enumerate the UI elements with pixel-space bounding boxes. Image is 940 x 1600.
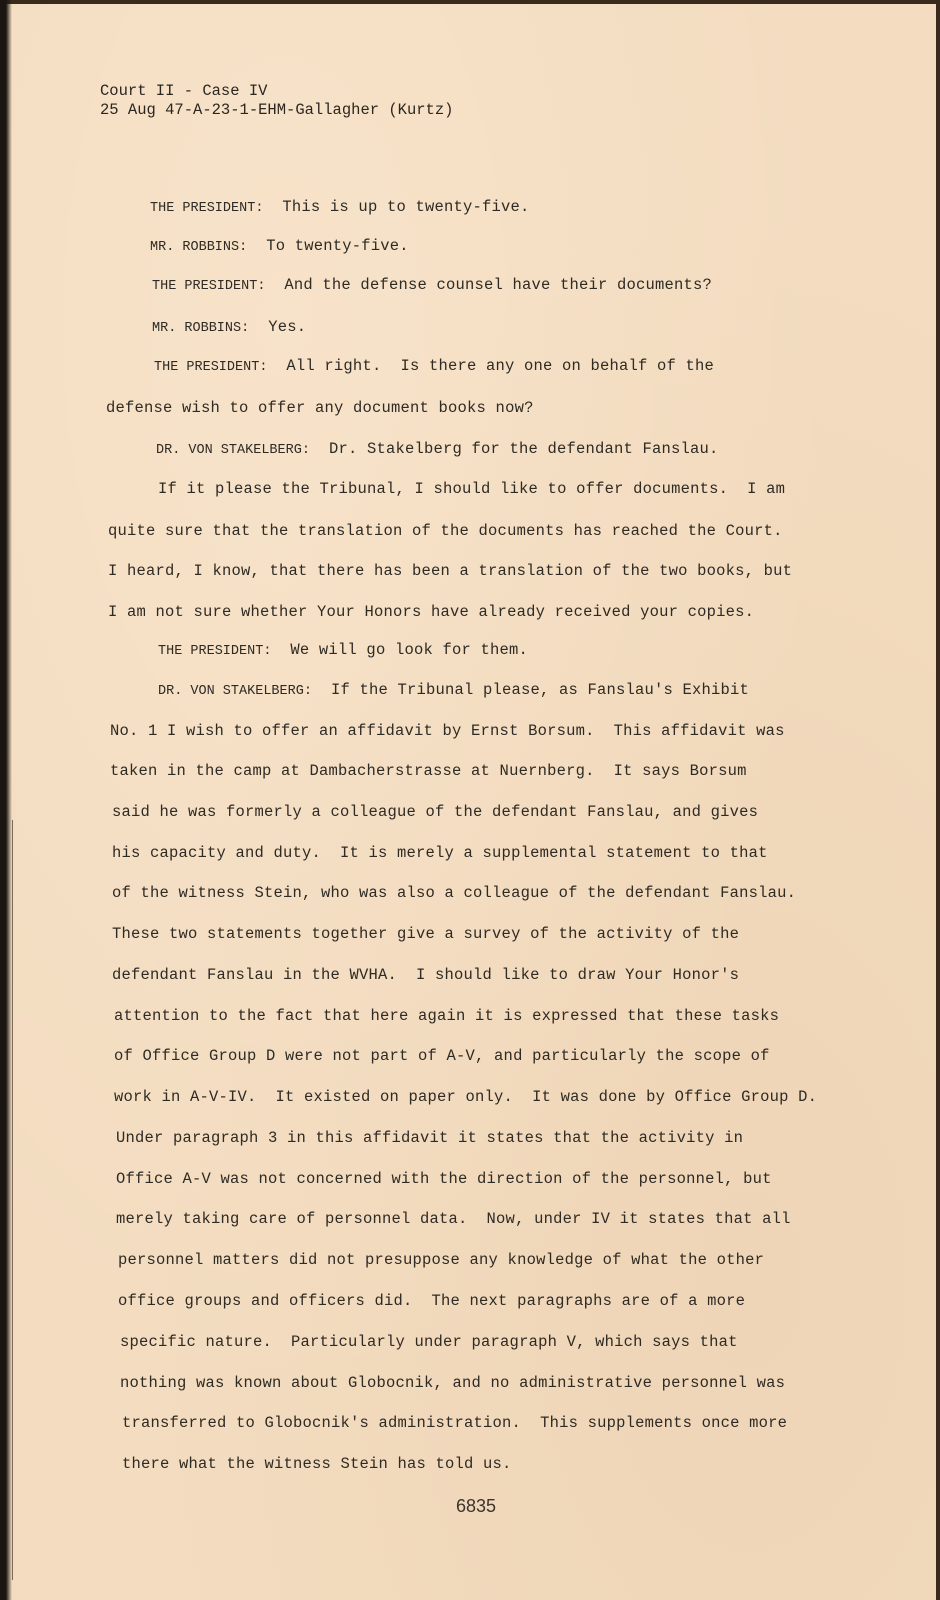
torn-page-edge: [0, 0, 12, 1600]
line-text: To twenty-five.: [247, 237, 409, 255]
document-page: Court II - Case IV 25 Aug 47-A-23-1-EHM-…: [6, 4, 936, 1600]
line-text: attention to the fact that here again it…: [114, 1007, 779, 1025]
transcript-speaker-line: THE PRESIDENT: We will go look for them.: [158, 641, 528, 659]
line-text: These two statements together give a sur…: [112, 925, 739, 943]
transcript-speaker-line: THE PRESIDENT: All right. Is there any o…: [154, 357, 714, 375]
transcript-line: personnel matters did not presuppose any…: [118, 1251, 764, 1269]
transcript-line: If it please the Tribunal, I should like…: [158, 480, 785, 498]
speaker-name: MR. ROBBINS:: [150, 240, 247, 255]
line-text: specific nature. Particularly under para…: [120, 1333, 738, 1351]
line-text: merely taking care of personnel data. No…: [116, 1210, 791, 1228]
transcript-line: his capacity and duty. It is merely a su…: [112, 844, 768, 862]
transcript-line: said he was formerly a colleague of the …: [112, 803, 758, 821]
transcript-line: nothing was known about Globocnik, and n…: [120, 1374, 785, 1392]
line-text: And the defense counsel have their docum…: [265, 276, 712, 294]
line-text: office groups and officers did. The next…: [118, 1292, 745, 1310]
speaker-name: THE PRESIDENT:: [154, 360, 267, 375]
transcript-line: transferred to Globocnik's administratio…: [122, 1414, 787, 1432]
transcript-line: of Office Group D were not part of A-V, …: [114, 1047, 770, 1065]
transcript-line: office groups and officers did. The next…: [118, 1292, 745, 1310]
transcript-line: These two statements together give a sur…: [112, 925, 739, 943]
line-text: Under paragraph 3 in this affidavit it s…: [116, 1129, 743, 1147]
page-edge-crack: [12, 820, 16, 1580]
line-text: personnel matters did not presuppose any…: [118, 1251, 764, 1269]
line-text: nothing was known about Globocnik, and n…: [120, 1374, 785, 1392]
line-text: of Office Group D were not part of A-V, …: [114, 1047, 770, 1065]
line-text: said he was formerly a colleague of the …: [112, 803, 758, 821]
line-text: of the witness Stein, who was also a col…: [112, 884, 796, 902]
line-text: All right. Is there any one on behalf of…: [267, 357, 714, 375]
speaker-name: THE PRESIDENT:: [152, 279, 265, 294]
line-text: If it please the Tribunal, I should like…: [158, 480, 785, 498]
speaker-name: THE PRESIDENT:: [150, 201, 263, 216]
line-text: Dr. Stakelberg for the defendant Fanslau…: [310, 440, 719, 458]
line-text: his capacity and duty. It is merely a su…: [112, 844, 768, 862]
line-text: If the Tribunal please, as Fanslau's Exh…: [312, 681, 749, 699]
case-reference: Court II - Case IV: [100, 82, 453, 101]
line-text: I am not sure whether Your Honors have a…: [108, 603, 754, 621]
transcript-speaker-line: DR. VON STAKELBERG: If the Tribunal plea…: [158, 681, 749, 699]
transcript-line: merely taking care of personnel data. No…: [116, 1210, 791, 1228]
line-text: work in A-V-IV. It existed on paper only…: [114, 1088, 817, 1106]
transcript-line: defense wish to offer any document books…: [106, 399, 534, 417]
line-text: Yes.: [249, 318, 306, 336]
line-text: We will go look for them.: [271, 641, 528, 659]
transcript-line: defendant Fanslau in the WVHA. I should …: [112, 966, 739, 984]
line-text: taken in the camp at Dambacherstrasse at…: [110, 762, 747, 780]
line-text: This is up to twenty-five.: [263, 198, 529, 216]
speaker-name: DR. VON STAKELBERG:: [156, 443, 310, 458]
transcript-line: work in A-V-IV. It existed on paper only…: [114, 1088, 817, 1106]
transcript-line: of the witness Stein, who was also a col…: [112, 884, 796, 902]
transcript-speaker-line: MR. ROBBINS: To twenty-five.: [150, 237, 409, 255]
line-text: there what the witness Stein has told us…: [122, 1455, 512, 1473]
speaker-name: DR. VON STAKELBERG:: [158, 684, 312, 699]
transcript-line: I am not sure whether Your Honors have a…: [108, 603, 754, 621]
line-text: defendant Fanslau in the WVHA. I should …: [112, 966, 739, 984]
transcript-line: there what the witness Stein has told us…: [122, 1455, 512, 1473]
transcript-speaker-line: MR. ROBBINS: Yes.: [152, 318, 306, 336]
transcript-speaker-line: THE PRESIDENT: This is up to twenty-five…: [150, 198, 529, 216]
transcript-line: taken in the camp at Dambacherstrasse at…: [110, 762, 747, 780]
transcript-speaker-line: THE PRESIDENT: And the defense counsel h…: [152, 276, 712, 294]
line-text: No. 1 I wish to offer an affidavit by Er…: [110, 722, 785, 740]
document-header: Court II - Case IV 25 Aug 47-A-23-1-EHM-…: [100, 82, 453, 120]
line-text: quite sure that the translation of the d…: [108, 522, 783, 540]
line-text: transferred to Globocnik's administratio…: [122, 1414, 787, 1432]
line-text: defense wish to offer any document books…: [106, 399, 534, 417]
transcript-speaker-line: DR. VON STAKELBERG: Dr. Stakelberg for t…: [156, 440, 719, 458]
session-reference: 25 Aug 47-A-23-1-EHM-Gallagher (Kurtz): [100, 101, 453, 120]
page-number: 6835: [456, 1496, 496, 1517]
transcript-line: Office A-V was not concerned with the di…: [116, 1170, 772, 1188]
line-text: Office A-V was not concerned with the di…: [116, 1170, 772, 1188]
speaker-name: MR. ROBBINS:: [152, 321, 249, 336]
speaker-name: THE PRESIDENT:: [158, 644, 271, 659]
transcript-line: I heard, I know, that there has been a t…: [108, 562, 792, 580]
transcript-line: Under paragraph 3 in this affidavit it s…: [116, 1129, 743, 1147]
transcript-line: quite sure that the translation of the d…: [108, 522, 783, 540]
transcript-line: specific nature. Particularly under para…: [120, 1333, 738, 1351]
transcript-line: No. 1 I wish to offer an affidavit by Er…: [110, 722, 785, 740]
transcript-line: attention to the fact that here again it…: [114, 1007, 779, 1025]
line-text: I heard, I know, that there has been a t…: [108, 562, 792, 580]
